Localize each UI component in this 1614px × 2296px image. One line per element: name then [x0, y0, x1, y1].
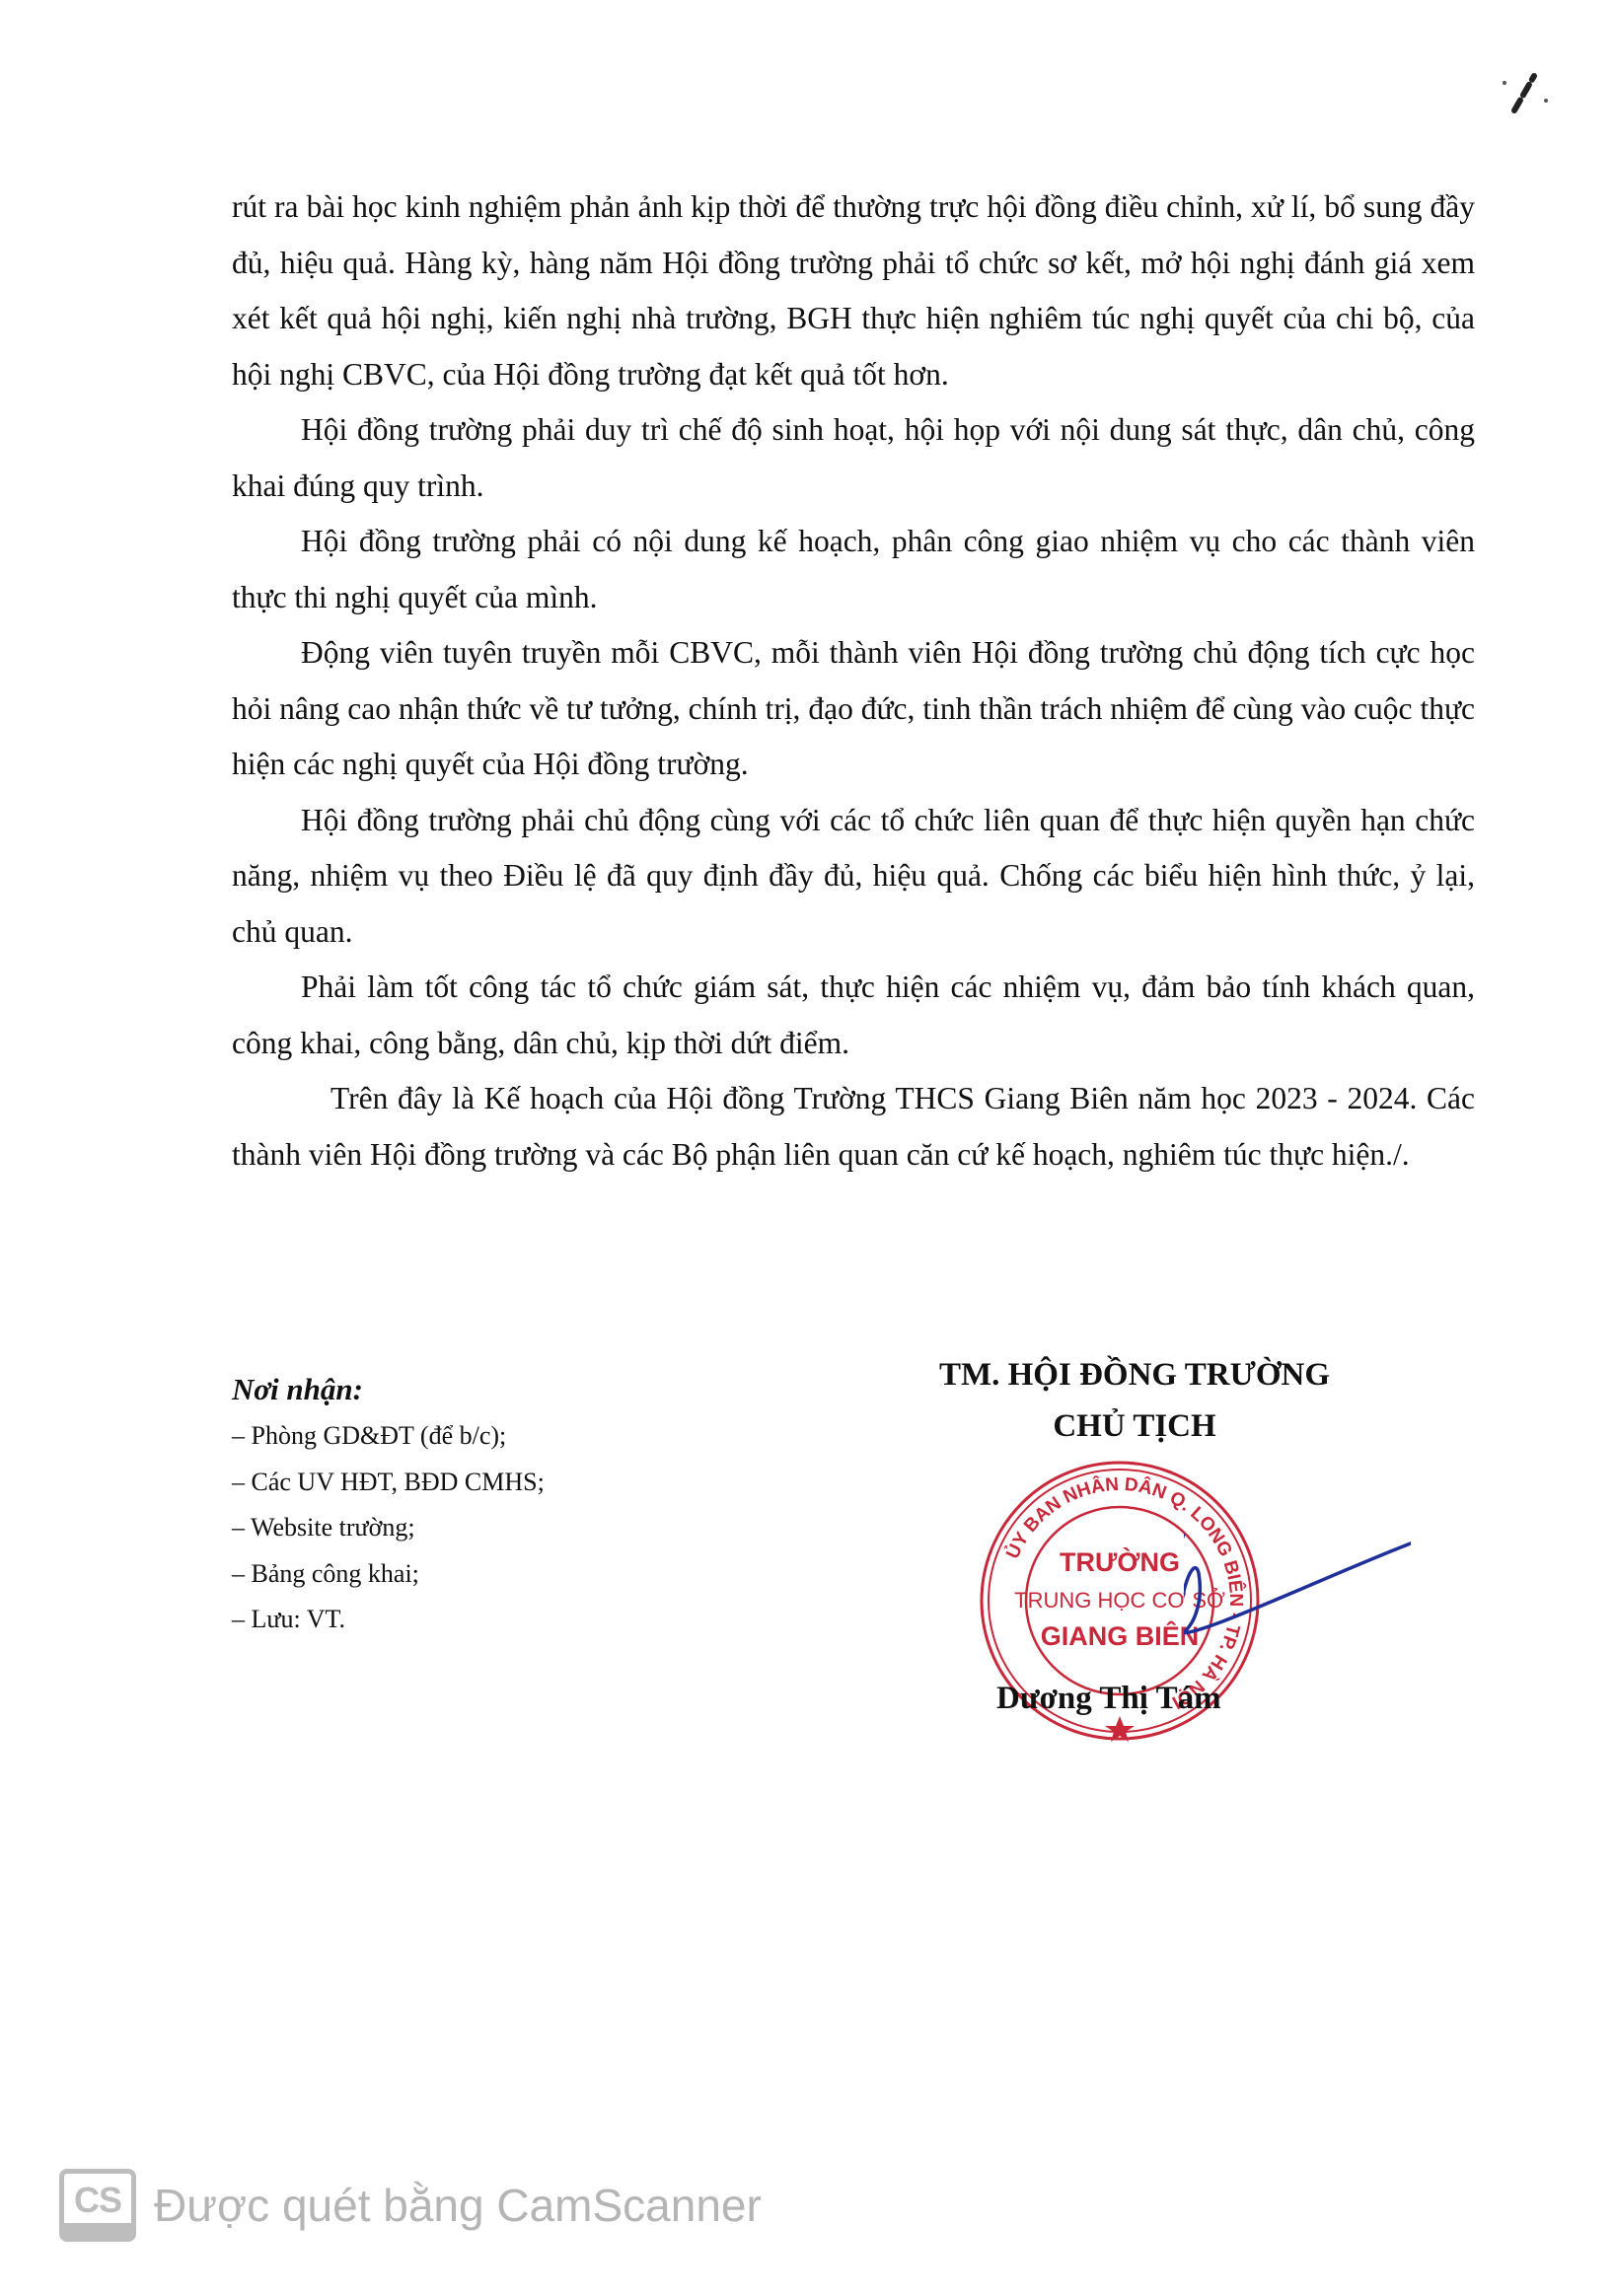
paragraph: Động viên tuyên truyền mỗi CBVC, mỗi thà…: [232, 625, 1475, 793]
camscanner-watermark: CS Được quét bằng CamScanner: [59, 2166, 762, 2245]
paragraph: Hội đồng trường phải chủ động cùng với c…: [232, 793, 1475, 961]
camscanner-logo-icon: CS: [59, 2169, 136, 2242]
recipient-item: Lưu: VT.: [232, 1597, 784, 1643]
recipients-title: Nơi nhận:: [232, 1366, 784, 1413]
document-body: rút ra bài học kinh nghiệm phản ảnh kịp …: [232, 179, 1475, 1183]
recipients-list: Phòng GD&ĐT (để b/c); Các UV HĐT, BĐD CM…: [232, 1413, 784, 1643]
recipient-item: Các UV HĐT, BĐD CMHS;: [232, 1460, 784, 1506]
svg-text:GIANG BIÊN: GIANG BIÊN: [1041, 1620, 1200, 1651]
paragraph: Hội đồng trường phải duy trì chế độ sinh…: [232, 402, 1475, 514]
recipient-item: Bảng công khai;: [232, 1551, 784, 1598]
recipient-item: Phòng GD&ĐT (để b/c);: [232, 1413, 784, 1460]
signature-role: CHỦ TỊCH: [868, 1400, 1401, 1452]
signature-org: TM. HỘI ĐỒNG TRƯỜNG: [868, 1349, 1401, 1400]
recipients-block: Nơi nhận: Phòng GD&ĐT (để b/c); Các UV H…: [232, 1366, 784, 1643]
signer-name: Dương Thị Tám: [996, 1677, 1292, 1720]
paragraph: rút ra bài học kinh nghiệm phản ảnh kịp …: [232, 179, 1475, 402]
paragraph: Trên đây là Kế hoạch của Hội đồng Trường…: [232, 1071, 1475, 1183]
handwritten-signature-icon: [1184, 1519, 1411, 1667]
recipient-item: Website trường;: [232, 1505, 784, 1551]
scan-artifact-mark: [1495, 61, 1554, 120]
watermark-label: Được quét bằng CamScanner: [154, 2179, 762, 2232]
paragraph: Hội đồng trường phải có nội dung kế hoạc…: [232, 514, 1475, 625]
svg-text:TRƯỜNG: TRƯỜNG: [1060, 1546, 1180, 1577]
paragraph: Phải làm tốt công tác tổ chức giám sát, …: [232, 960, 1475, 1071]
signature-block: TM. HỘI ĐỒNG TRƯỜNG CHỦ TỊCH: [868, 1349, 1401, 1452]
